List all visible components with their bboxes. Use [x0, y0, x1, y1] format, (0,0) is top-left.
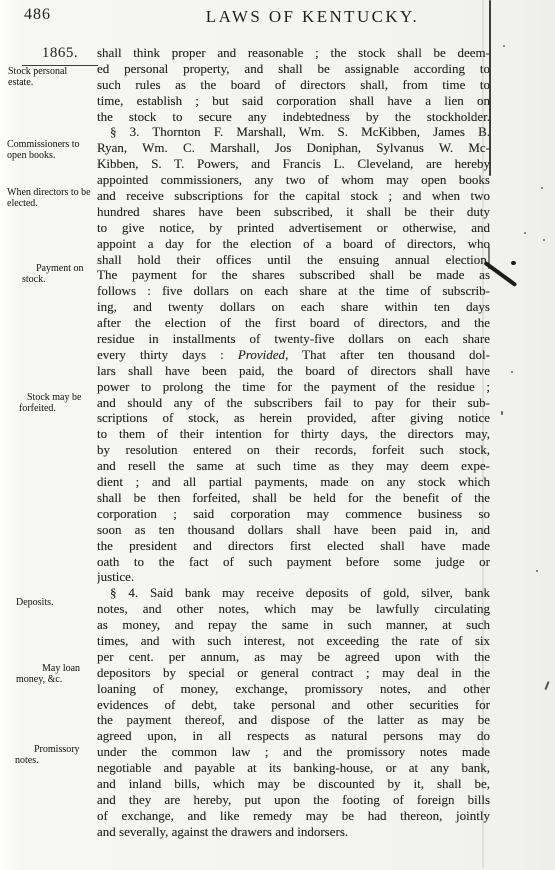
text-line: residue in installments of twenty-five d… — [97, 331, 490, 347]
text-line: by resolution entered on their records, … — [97, 442, 490, 458]
text-line: oath to the fact of such payment before … — [97, 554, 490, 570]
text-line: and they are hereby, put upon the footin… — [97, 792, 490, 808]
text-line: appoint a day for the election of a boar… — [97, 236, 490, 252]
text-line: ing, and twenty dollars on each share wi… — [97, 299, 490, 315]
paper-speck — [536, 570, 538, 572]
text-line: every thirty days : Provided, That after… — [97, 347, 490, 363]
text-line: lars shall have been paid, the board of … — [97, 363, 490, 379]
paper-speck — [541, 187, 543, 189]
text-line: the stock to secure any indebtedness by … — [97, 109, 490, 125]
text-line: shall think proper and reasonable ; the … — [97, 45, 490, 61]
text-line: the payment thereof, and dispose of the … — [97, 712, 490, 728]
text-line: shall be then forfeited, shall be held f… — [97, 490, 490, 506]
running-title: LAWS OF KENTUCKY. — [160, 7, 465, 27]
text-line: hundred shares have been subscribed, it … — [97, 204, 490, 220]
text-line: such rules as the board of directors sha… — [97, 77, 490, 93]
text-line: corporation ; said corporation may comme… — [97, 506, 490, 522]
text-line: to them of their intention for thirty da… — [97, 426, 490, 442]
text-line: Ryan, Wm. C. Marshall, Jos Doniphan, Syl… — [97, 140, 490, 156]
text-line: § 3. Thornton F. Marshall, Wm. S. McKibb… — [97, 124, 490, 140]
text-line: times, and with such interest, not excee… — [97, 633, 490, 649]
text-line: The payment for the shares subscribed sh… — [97, 267, 490, 283]
margin-note: May loan money, &c. — [16, 664, 88, 686]
text-line: time, establish ; but said corporation s… — [97, 93, 490, 109]
page-number: 486 — [24, 6, 51, 24]
margin-note: Payment on stock. — [22, 264, 94, 286]
text-line: the president and directors first electe… — [97, 538, 490, 554]
paper-speck — [511, 371, 513, 373]
text-line: Kibben, S. T. Powers, and Francis L. Cle… — [97, 156, 490, 172]
text-line: to give notice, by printed advertisement… — [97, 220, 490, 236]
text-line: loaning of money, exchange, promissory n… — [97, 681, 490, 697]
statute-body-text: shall think proper and reasonable ; the … — [97, 45, 490, 840]
text-line: notes, and other notes, which may be law… — [97, 601, 490, 617]
margin-note: Stock may be forfeited. — [19, 393, 94, 415]
text-line: and receive subscriptions for the capita… — [97, 188, 490, 204]
paper-speck — [543, 239, 545, 241]
paper-speck — [524, 232, 526, 234]
text-line: depositors by special or general contrac… — [97, 665, 490, 681]
scanned-book-page: 486 LAWS OF KENTUCKY. 1865. Stock person… — [0, 0, 555, 870]
margin-note: When directors to be elected. — [7, 188, 91, 210]
text-line: and severally, against the drawers and i… — [97, 824, 490, 840]
text-line: of exchange, and like remedy may be had … — [97, 808, 490, 824]
text-line: under the common law ; and the promissor… — [97, 744, 490, 760]
text-line: agreed upon, in all respects as natural … — [97, 728, 490, 744]
text-line: scriptions of stock, as herein provided,… — [97, 410, 490, 426]
margin-note: Commissioners to open books. — [7, 140, 93, 162]
text-line: as money, and repay the same in such man… — [97, 617, 490, 633]
text-line: per cent. per annum, as may be agreed up… — [97, 649, 490, 665]
text-line: appointed commissioners, any two of whom… — [97, 172, 490, 188]
text-line: § 4. Said bank may receive deposits of g… — [97, 585, 490, 601]
text-line: after the election of the first board of… — [97, 315, 490, 331]
text-line: justice. — [97, 569, 490, 585]
paper-speck — [503, 45, 505, 47]
margin-note: Stock personal estate. — [8, 67, 92, 89]
ink-dot-mark — [511, 261, 516, 265]
text-line: follows : five dollars on each share at … — [97, 283, 490, 299]
text-line: soon as ten thousand dollars shall have … — [97, 522, 490, 538]
text-line: and resell the same at such time as they… — [97, 458, 490, 474]
margin-note: Promissory notes. — [15, 745, 92, 767]
text-line: dient ; and all partial payments, made o… — [97, 474, 490, 490]
text-line: and should any of the subscribers fail t… — [97, 395, 490, 411]
paper-speck — [544, 681, 549, 690]
text-line: shall hold their offices until the ensui… — [97, 252, 490, 268]
text-line: power to prolong the time for the paymen… — [97, 379, 490, 395]
text-line: and inland bills, which may be discounte… — [97, 776, 490, 792]
paper-speck — [501, 411, 503, 415]
margin-note: Deposits. — [16, 598, 86, 609]
text-line: ed personal property, and shall be assig… — [97, 61, 490, 77]
text-line: evidences of debt, take personal and oth… — [97, 697, 490, 713]
text-line: negotiable and payable at its banking-ho… — [97, 760, 490, 776]
margin-year: 1865. — [26, 45, 94, 62]
